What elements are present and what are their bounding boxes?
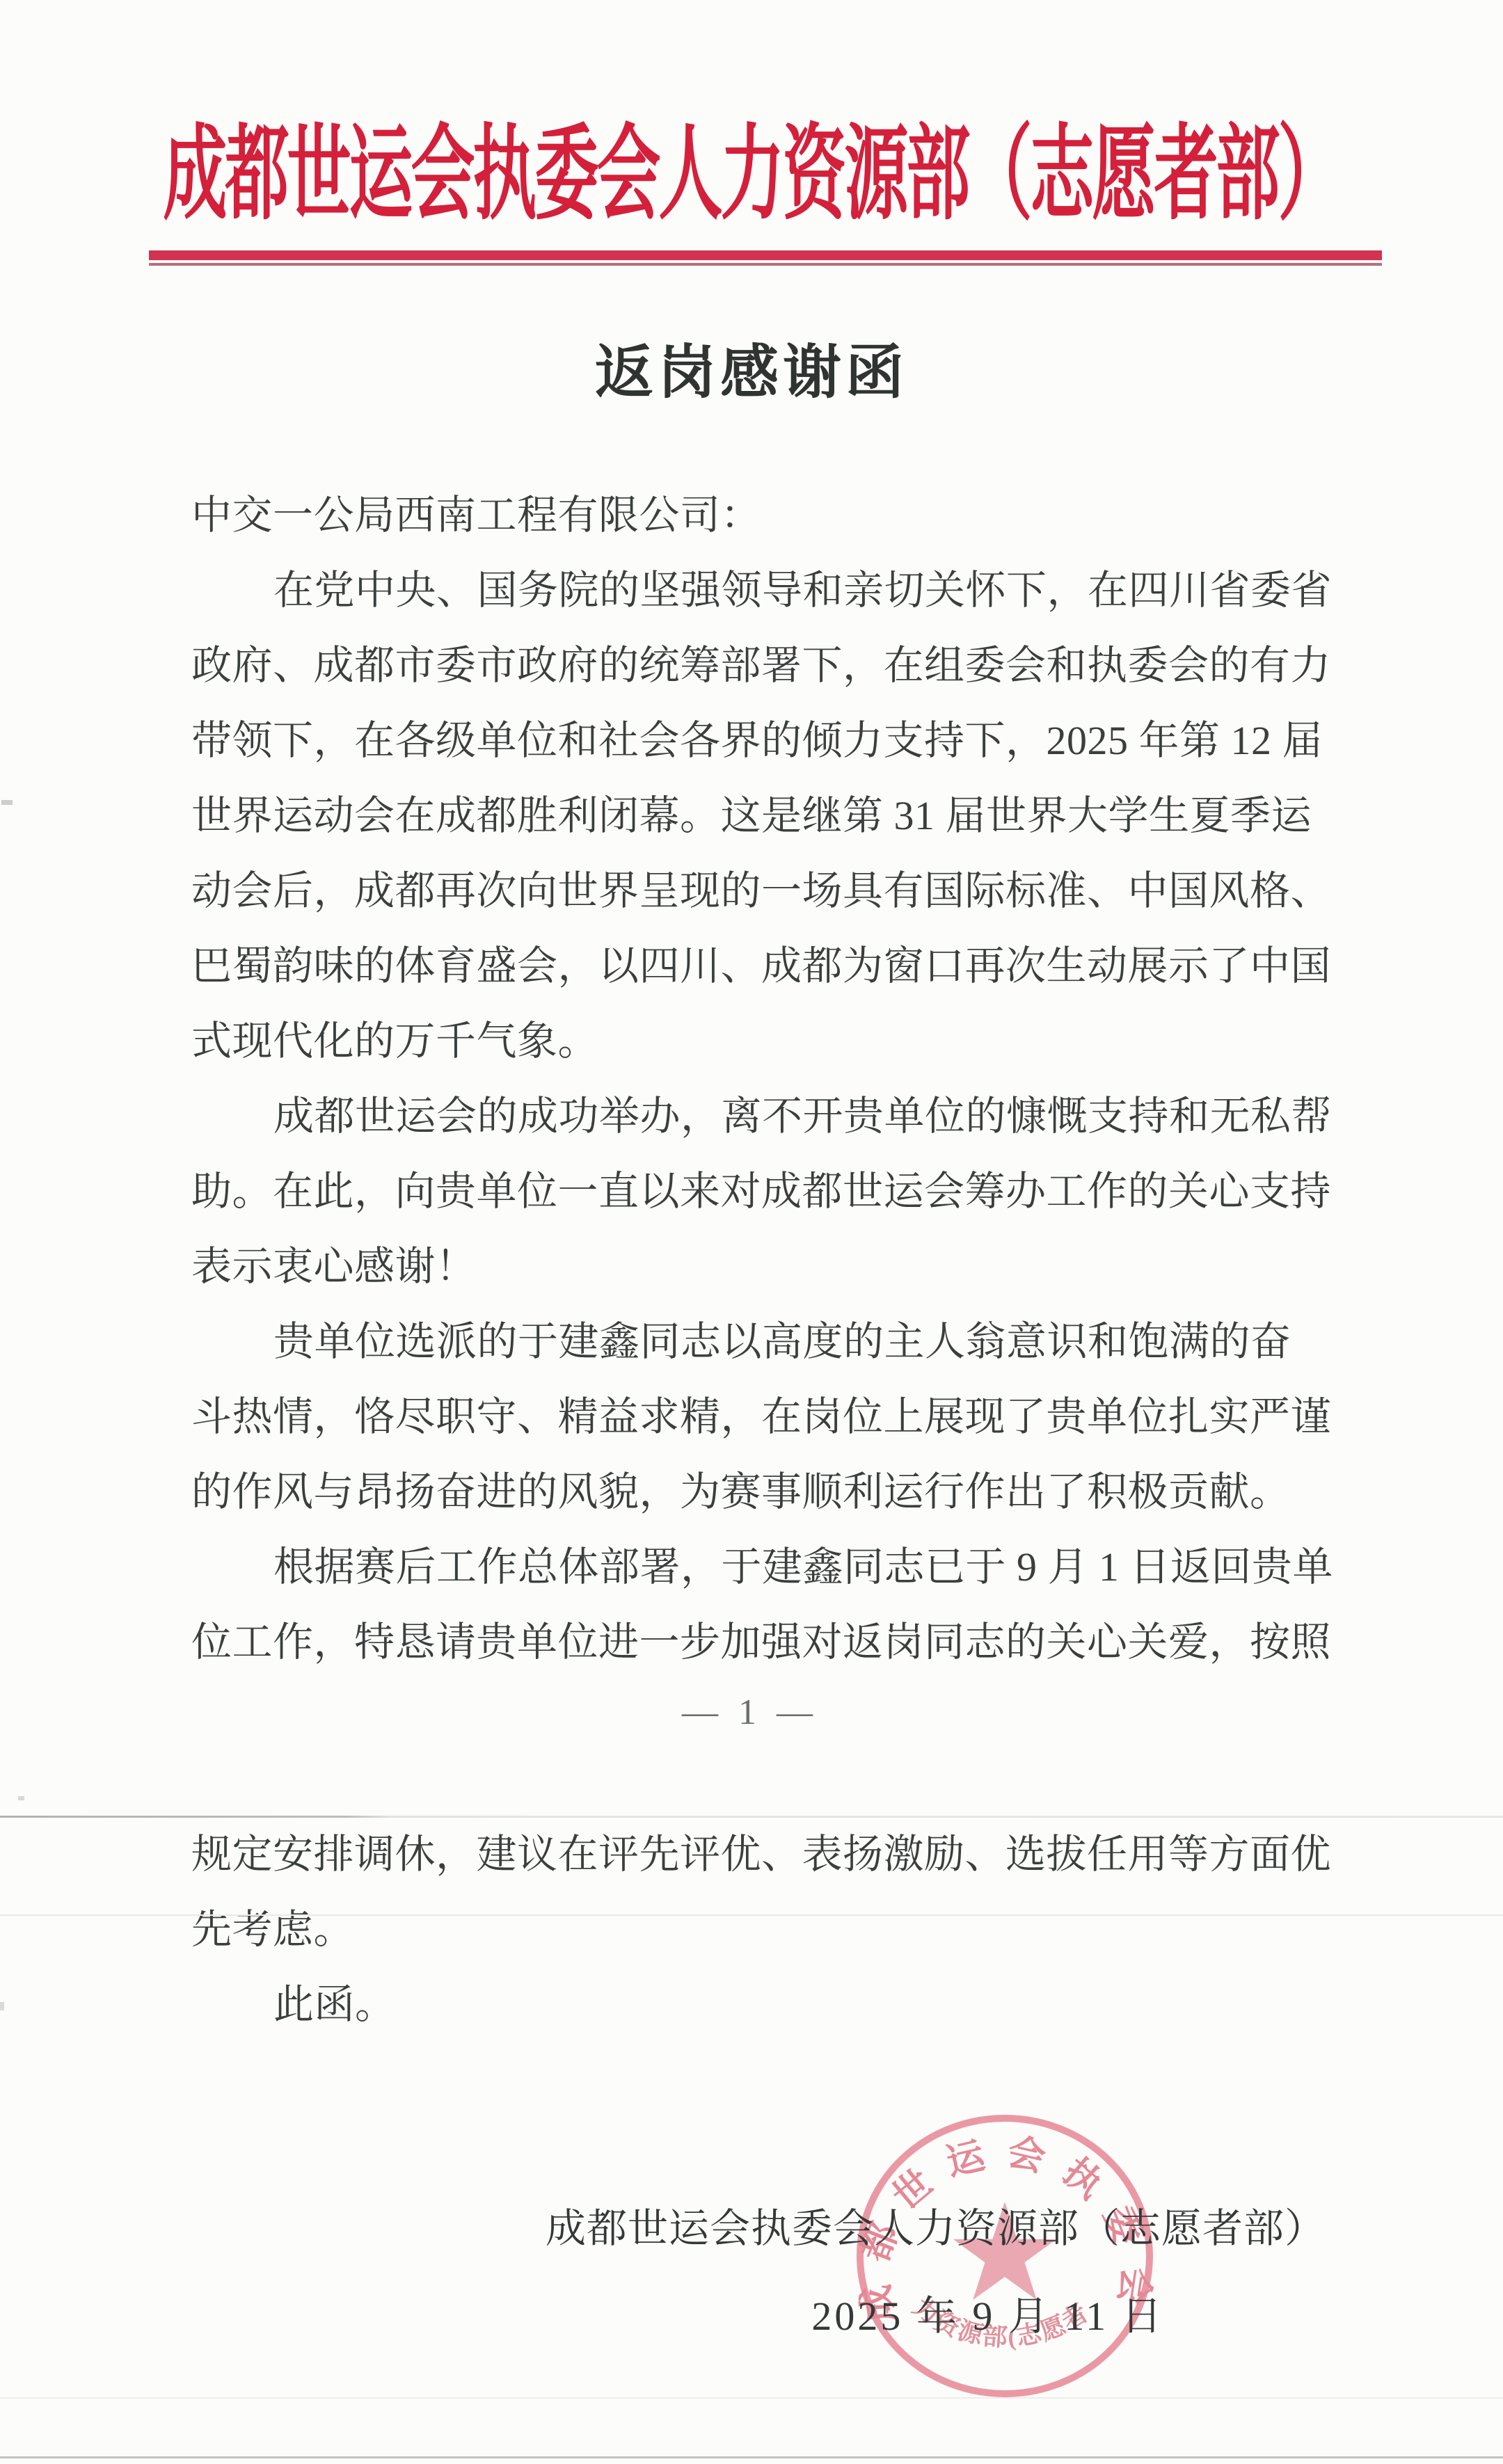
scan-speck [1, 800, 13, 805]
body-line: 贵单位选派的于建鑫同志以高度的主人翁意识和饱满的奋 [191, 1304, 1333, 1379]
body-line: 助。在此，向贵单位一直以来对成都世运会筹办工作的关心支持 [191, 1154, 1333, 1229]
body-line: 表示衷心感谢！ [191, 1229, 1333, 1304]
scan-faint-line [0, 2397, 1503, 2399]
scanned-letter-page: 成都世运会执委会人力资源部（志愿者部） 返岗感谢函 中交一公局西南工程有限公司：… [0, 0, 1503, 2464]
letterhead: 成都世运会执委会人力资源部（志愿者部） [0, 89, 1503, 242]
signature-org: 成都世运会执委会人力资源部（志愿者部） [0, 2195, 1326, 2254]
body-line: 带领下，在各级单位和社会各界的倾力支持下，2025 年第 12 届 [191, 703, 1333, 778]
scan-pagebreak-line [0, 1816, 1503, 1818]
page-number: — 1 — [0, 1692, 1500, 1733]
page1-body: 中交一公局西南工程有限公司：在党中央、国务院的坚强领导和亲切关怀下，在四川省委省… [191, 478, 1333, 1680]
body-line: 此函。 [191, 1967, 1333, 2042]
letterhead-rule-thick [149, 250, 1382, 260]
letterhead-rule-thin [149, 263, 1382, 266]
letterhead-org-name: 成都世运会执委会人力资源部（志愿者部） [163, 91, 1339, 240]
body-line: 式现代化的万千气象。 [191, 1004, 1333, 1079]
signature-date: 2025 年 9 月 11 日 [779, 2283, 1197, 2342]
body-line: 中交一公局西南工程有限公司： [191, 478, 1333, 553]
official-seal-stamp: 成都世运会执委会 人力资源部(志愿者部) [852, 2112, 1158, 2403]
document-title: 返岗感谢函 [0, 326, 1503, 410]
page2-body: 规定安排调休，建议在评先评优、表扬激励、选拔任用等方面优先考虑。此函。 [191, 1817, 1333, 2042]
body-line: 政府、成都市委市政府的统筹部署下，在组委会和执委会的有力 [191, 628, 1333, 703]
body-line: 动会后，成都再次向世界呈现的一场具有国际标准、中国风格、 [191, 854, 1333, 929]
body-line: 规定安排调休，建议在评先评优、表扬激励、选拔任用等方面优 [191, 1817, 1333, 1892]
body-line: 先考虑。 [191, 1892, 1333, 1967]
scan-speck [18, 1796, 24, 1800]
body-line: 根据赛后工作总体部署，于建鑫同志已于 9 月 1 日返回贵单 [191, 1530, 1333, 1605]
body-line: 在党中央、国务院的坚强领导和亲切关怀下，在四川省委省 [191, 553, 1333, 628]
body-line: 成都世运会的成功举办，离不开贵单位的慷慨支持和无私帮 [191, 1079, 1333, 1154]
body-line: 位工作，特恳请贵单位进一步加强对返岗同志的关心关爱，按照 [191, 1605, 1333, 1680]
body-line: 斗热情，恪尽职守、精益求精，在岗位上展现了贵单位扎实严谨 [191, 1379, 1333, 1455]
scan-faint-line [0, 1914, 1503, 1916]
body-line: 的作风与昂扬奋进的风貌，为赛事顺利运行作出了积极贡献。 [191, 1455, 1333, 1530]
body-line: 世界运动会在成都胜利闭幕。这是继第 31 届世界大学生夏季运 [191, 778, 1333, 854]
scan-speck [0, 2002, 4, 2010]
body-line: 巴蜀韵味的体育盛会，以四川、成都为窗口再次生动展示了中国 [191, 929, 1333, 1004]
scan-bottom-edge [0, 2456, 1503, 2458]
